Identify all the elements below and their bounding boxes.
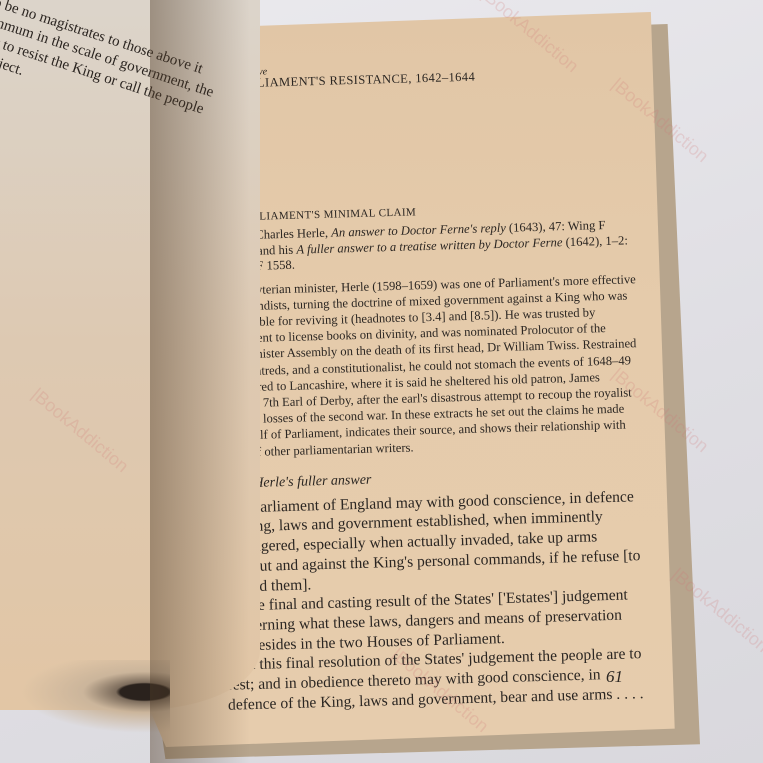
book-photo: Part five PARLIAMENT'S RESISTANCE, 1642–… (0, 0, 763, 763)
extract: 1. A Parliament of England may with good… (222, 487, 648, 715)
intro-paragraph: A Presbyterian minister, Herle (1598–165… (216, 271, 641, 461)
extract-paragraph-1: 1. A Parliament of England may with good… (222, 487, 645, 597)
right-page-content: Part five PARLIAMENT'S RESISTANCE, 1642–… (210, 48, 648, 715)
page-curl (0, 660, 170, 740)
section-title: PARLIAMENT'S MINIMAL CLAIM (238, 206, 417, 223)
source-citation: From Charles Herle, An answer to Doctor … (215, 217, 636, 275)
page-number: 61 (606, 667, 623, 687)
gutter-shadow (150, 0, 250, 763)
subsection-title: Herle's fuller answer (253, 472, 371, 490)
extract-paragraph-3: 3. In this final resolution of the State… (227, 644, 648, 715)
